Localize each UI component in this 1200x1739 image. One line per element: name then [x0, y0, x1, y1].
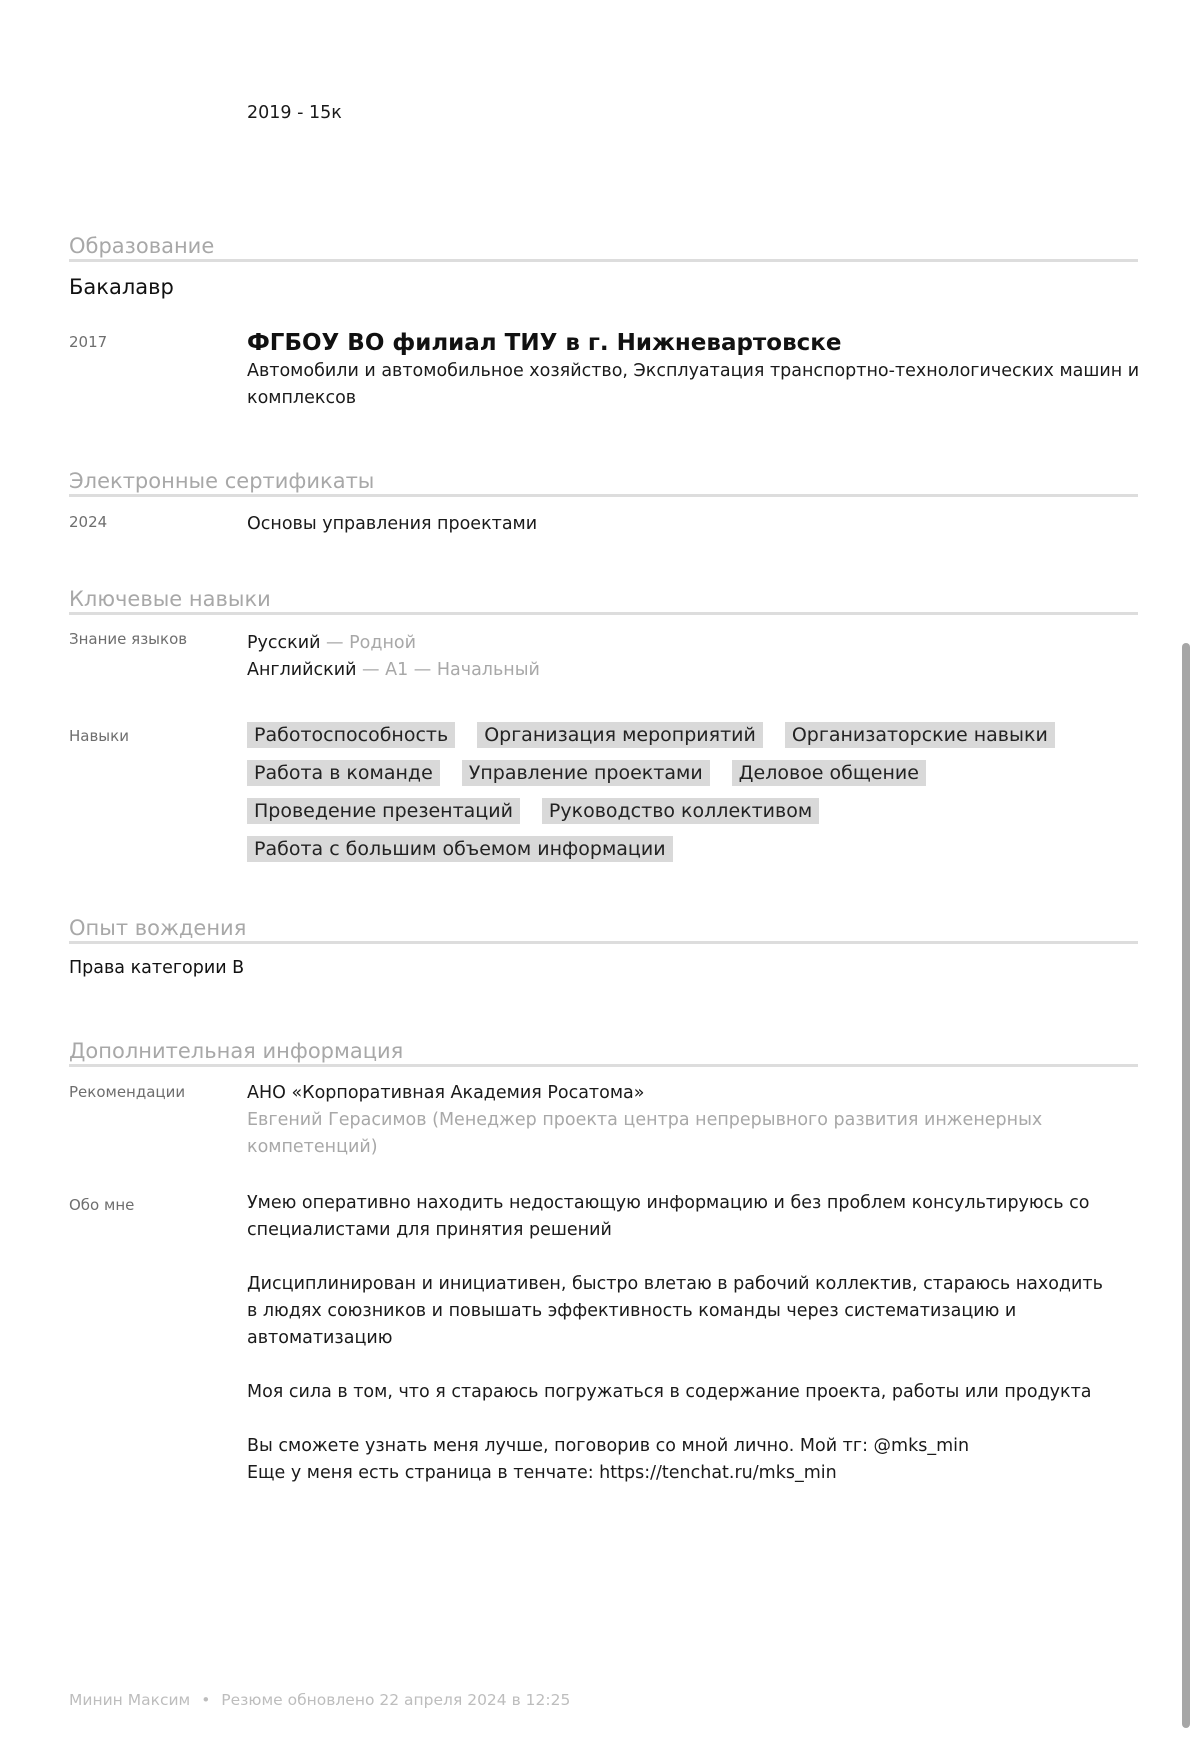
section-title-certificates: Электронные сертификаты — [69, 468, 1138, 497]
recommendation-org: АНО «Корпоративная Академия Росатома» — [247, 1080, 1147, 1107]
specialty-line-1: Автомобили и автомобильное хозяйство, Эк… — [247, 358, 1167, 385]
footer-separator: • — [201, 1691, 210, 1709]
skill-tag: Деловое общение — [732, 760, 926, 786]
skill-tag: Управление проектами — [462, 760, 710, 786]
skill-tag: Работа в команде — [247, 760, 440, 786]
section-title-skills: Ключевые навыки — [69, 586, 1138, 615]
recommendation: АНО «Корпоративная Академия Росатома» Ев… — [247, 1080, 1147, 1161]
about-paragraph: Дисциплинирован и инициативен, быстро вл… — [247, 1271, 1147, 1352]
about-line: Вы сможете узнать меня лучше, поговорив … — [247, 1433, 1147, 1460]
about-line: специалистами для принятия решений — [247, 1217, 1147, 1244]
education-level: Бакалавр — [69, 275, 174, 299]
language-item: Английский — A1 — Начальный — [247, 657, 540, 684]
about-line: Моя сила в том, что я стараюсь погружать… — [247, 1379, 1147, 1406]
language-name: Английский — [247, 660, 356, 680]
about-label: Обо мне — [69, 1196, 134, 1214]
skill-tag: Работоспособность — [247, 722, 455, 748]
about-text: Умею оперативно находить недостающую инф… — [247, 1190, 1147, 1514]
institution-name: ФГБОУ ВО филиал ТИУ в г. Нижневартовске — [247, 328, 1167, 358]
about-paragraph: Моя сила в том, что я стараюсь погружать… — [247, 1379, 1147, 1406]
section-title-additional: Дополнительная информация — [69, 1038, 1138, 1067]
footer: Минин Максим • Резюме обновлено 22 апрел… — [69, 1691, 570, 1709]
tenchat-link-line[interactable]: Еще у меня есть страница в тенчате: http… — [247, 1460, 1147, 1487]
language-level: — A1 — Начальный — [356, 660, 539, 680]
language-level: — Родной — [320, 633, 416, 653]
certificate-name: Основы управления проектами — [247, 511, 537, 538]
languages-label: Знание языков — [69, 630, 187, 648]
education-entry: ФГБОУ ВО филиал ТИУ в г. Нижневартовске … — [247, 328, 1167, 412]
skill-tag: Организация мероприятий — [477, 722, 763, 748]
skill-tags: Работоспособность Организация мероприяти… — [247, 722, 1127, 874]
language-item: Русский — Родной — [247, 630, 540, 657]
recommendation-person-cont: компетенций) — [247, 1134, 1147, 1161]
footer-name: Минин Максим — [69, 1691, 190, 1709]
skills-label: Навыки — [69, 727, 129, 745]
education-year: 2017 — [69, 333, 107, 351]
certificate-year: 2024 — [69, 513, 107, 531]
skill-tag: Руководство коллективом — [542, 798, 819, 824]
section-title-education: Образование — [69, 233, 1138, 262]
driving-license: Права категории B — [69, 958, 244, 978]
footer-updated: Резюме обновлено 22 апреля 2024 в 12:25 — [221, 1691, 570, 1709]
language-name: Русский — [247, 633, 320, 653]
about-line: автоматизацию — [247, 1325, 1147, 1352]
about-paragraph: Умею оперативно находить недостающую инф… — [247, 1190, 1147, 1244]
about-line: Умею оперативно находить недостающую инф… — [247, 1190, 1147, 1217]
recommendations-label: Рекомендации — [69, 1083, 185, 1101]
skill-tag: Работа с большим объемом информации — [247, 836, 673, 862]
languages-list: Русский — Родной Английский — A1 — Начал… — [247, 630, 540, 684]
section-title-driving: Опыт вождения — [69, 915, 1138, 944]
scrollbar-thumb[interactable] — [1182, 643, 1190, 1728]
about-line: Дисциплинирован и инициативен, быстро вл… — [247, 1271, 1147, 1298]
recommendation-person: Евгений Герасимов (Менеджер проекта цент… — [247, 1107, 1147, 1134]
about-line: в людях союзников и повышать эффективнос… — [247, 1298, 1147, 1325]
specialty-line-2: комплексов — [247, 385, 1167, 412]
salary-line: 2019 - 15к — [247, 100, 342, 127]
about-paragraph: Вы сможете узнать меня лучше, поговорив … — [247, 1433, 1147, 1487]
skill-tag: Проведение презентаций — [247, 798, 520, 824]
skill-tag: Организаторские навыки — [785, 722, 1055, 748]
